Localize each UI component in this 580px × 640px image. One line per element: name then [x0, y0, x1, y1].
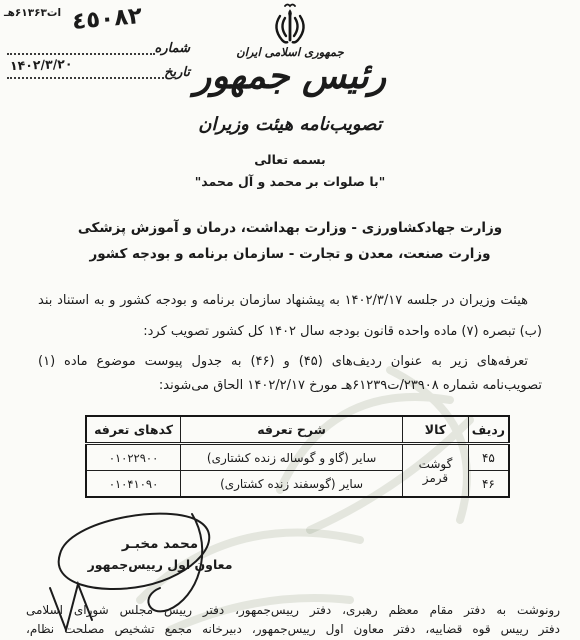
cell-tariff-code: ۰۱۰۴۱۰۹۰: [86, 471, 181, 498]
number-field: شماره: [4, 42, 190, 55]
cell-row-number: ۴۶: [468, 471, 509, 498]
salawat-line: "با صلوات بر محمد و آل محمد": [0, 174, 580, 189]
addressee-line-2: وزارت صنعت، معدن و تجارت - سازمان برنامه…: [0, 242, 580, 268]
cell-tariff-description: سایر (گاو و گوساله زنده کشتاری): [181, 444, 403, 471]
cell-goods-merged: گوشت قرمز: [403, 444, 469, 498]
cell-row-number: ۴۵: [468, 444, 509, 471]
printed-doc-number: ات۶۱۳۶۳هـ: [4, 7, 61, 19]
reference-block: ات۶۱۳۶۳هـ ٤٥٠٨٢ شماره ۱۴۰۲/۳/۲۰ تاریخ: [4, 4, 192, 80]
tariff-table: ردیف کالا شرح تعرفه کدهای تعرفه ۴۵ گوشت …: [85, 415, 510, 498]
col-header-row-number: ردیف: [468, 416, 509, 444]
table-row: ۴۵ گوشت قرمز سایر (گاو و گوساله زنده کشت…: [86, 444, 509, 471]
decree-document: ات۶۱۳۶۳هـ ٤٥٠٨٢ شماره ۱۴۰۲/۳/۲۰ تاریخ جم…: [0, 0, 580, 640]
decree-body: هیئت وزیران در جلسه ۱۴۰۲/۳/۱۷ به پیشنهاد…: [38, 286, 542, 398]
col-header-tariff-description: شرح تعرفه: [181, 416, 403, 444]
body-paragraph-2: تعرفه‌های زیر به عنوان ردیف‌های (۴۵) و (…: [38, 350, 542, 398]
doc-type-title: تصویب‌نامه هیئت وزیران: [0, 114, 580, 135]
date-dotted-line: [7, 66, 164, 79]
cell-tariff-code: ۰۱۰۲۲۹۰۰: [86, 444, 181, 471]
col-header-goods: کالا: [403, 416, 469, 444]
handwritten-doc-number: ٤٥٠٨٢: [71, 3, 143, 35]
addressees: وزارت جهادکشاورزی - وزارت بهداشت، درمان …: [0, 216, 580, 267]
signature-scribble-icon: [28, 496, 260, 640]
number-dotted-line: [7, 42, 155, 55]
cell-tariff-description: سایر (گوسفند زنده کشتاری): [181, 471, 403, 498]
col-header-tariff-codes: کدهای تعرفه: [86, 416, 181, 444]
date-field: تاریخ: [4, 66, 190, 79]
date-label: تاریخ: [164, 66, 190, 79]
bismillah-line: بسمه تعالی: [0, 152, 580, 167]
body-paragraph-1: هیئت وزیران در جلسه ۱۴۰۲/۳/۱۷ به پیشنهاد…: [38, 286, 542, 347]
table-header-row: ردیف کالا شرح تعرفه کدهای تعرفه: [86, 416, 509, 444]
number-label: شماره: [155, 42, 190, 55]
iran-emblem-icon: [269, 2, 311, 48]
addressee-line-1: وزارت جهادکشاورزی - وزارت بهداشت، درمان …: [0, 216, 580, 242]
